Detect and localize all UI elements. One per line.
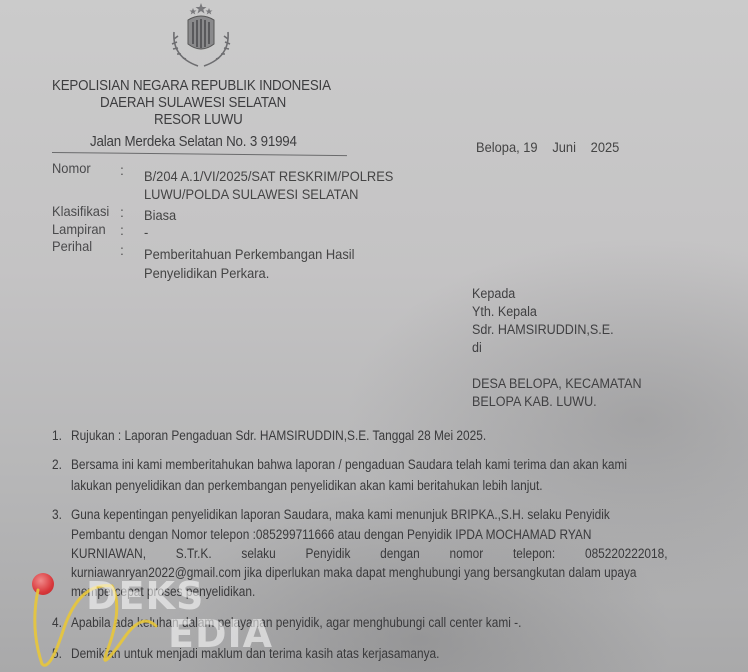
lampiran-value: - [144,224,148,240]
para-3-word: dengan [380,546,420,561]
letterhead-line-3: RESOR LUWU [154,112,243,128]
para-3-line-1: Guna kepentingan penyelidikan laporan Sa… [71,507,610,522]
nomor-value-1: B/204 A.1/VI/2025/SAT RESKRIM/POLRES [144,168,393,184]
recipient-address-2: BELOPA KAB. LUWU. [472,394,597,409]
para-3-word: 085220222018, [585,546,668,561]
para-2-line-1: Bersama ini kami memberitahukan bahwa la… [71,457,627,472]
police-emblem-icon [160,2,242,72]
para-2-number: 2. [52,457,62,472]
letterhead-line-1: KEPOLISIAN NEGARA REPUBLIK INDONESIA [52,78,331,94]
letterhead-divider [52,152,347,156]
recipient-line-2: Yth. Kepala [472,304,537,319]
para-5-number: 5. [52,646,62,661]
letter-document: KEPOLISIAN NEGARA REPUBLIK INDONESIA DAE… [0,0,748,672]
letterhead-address: Jalan Merdeka Selatan No. 3 91994 [90,134,297,150]
watermark-text-2: EDIA [168,612,273,656]
nomor-value-2: LUWU/POLDA SULAWESI SELATAN [144,186,358,202]
para-3-word: selaku [241,546,275,561]
recipient-line-4: di [472,340,482,355]
nomor-label: Nomor [52,160,91,176]
perihal-label: Perihal [52,238,92,254]
klasifikasi-label: Klasifikasi [52,203,109,219]
para-2-line-2: lakukan penyelidikan dan perkembangan pe… [71,478,543,493]
klasifikasi-colon: : [120,204,124,220]
para-3-line-2: Pembantu dengan Nomor telepon :085299711… [71,527,591,542]
letterhead-line-2: DAERAH SULAWESI SELATAN [100,95,286,111]
recipient-address-1: DESA BELOPA, KECAMATAN [472,376,642,391]
watermark-dot-icon [32,573,54,595]
perihal-colon: : [120,242,124,258]
recipient-name: Sdr. HAMSIRUDDIN,S.E. [472,322,614,337]
para-3-number: 3. [52,507,62,522]
para-3-word: telepon: [513,546,555,561]
date-place-day: Belopa, 19 [476,139,538,155]
para-3-word: KURNIAWAN, [71,546,146,561]
para-1-text: Rujukan : Laporan Pengaduan Sdr. HAMSIRU… [71,428,486,443]
para-3-line-3: KURNIAWAN, S.Tr.K. selaku Penyidik denga… [71,546,668,561]
date-month: Juni [552,139,576,155]
para-4-number: 4. [52,615,62,630]
para-3-word: nomor [450,546,484,561]
para-1-number: 1. [52,428,62,443]
perihal-value-2: Penyelidikan Perkara. [144,265,269,281]
para-3-word: Penyidik [305,546,350,561]
nomor-colon: : [120,162,124,178]
klasifikasi-value: Biasa [144,207,176,223]
letter-date: Belopa, 19Juni2025 [476,139,619,155]
date-year: 2025 [591,139,620,155]
para-3-word: S.Tr.K. [176,546,212,561]
lampiran-label: Lampiran [52,221,106,237]
lampiran-colon: : [120,222,124,238]
recipient-line-1: Kepada [472,286,515,301]
perihal-value-1: Pemberitahuan Perkembangan Hasil [144,246,355,262]
